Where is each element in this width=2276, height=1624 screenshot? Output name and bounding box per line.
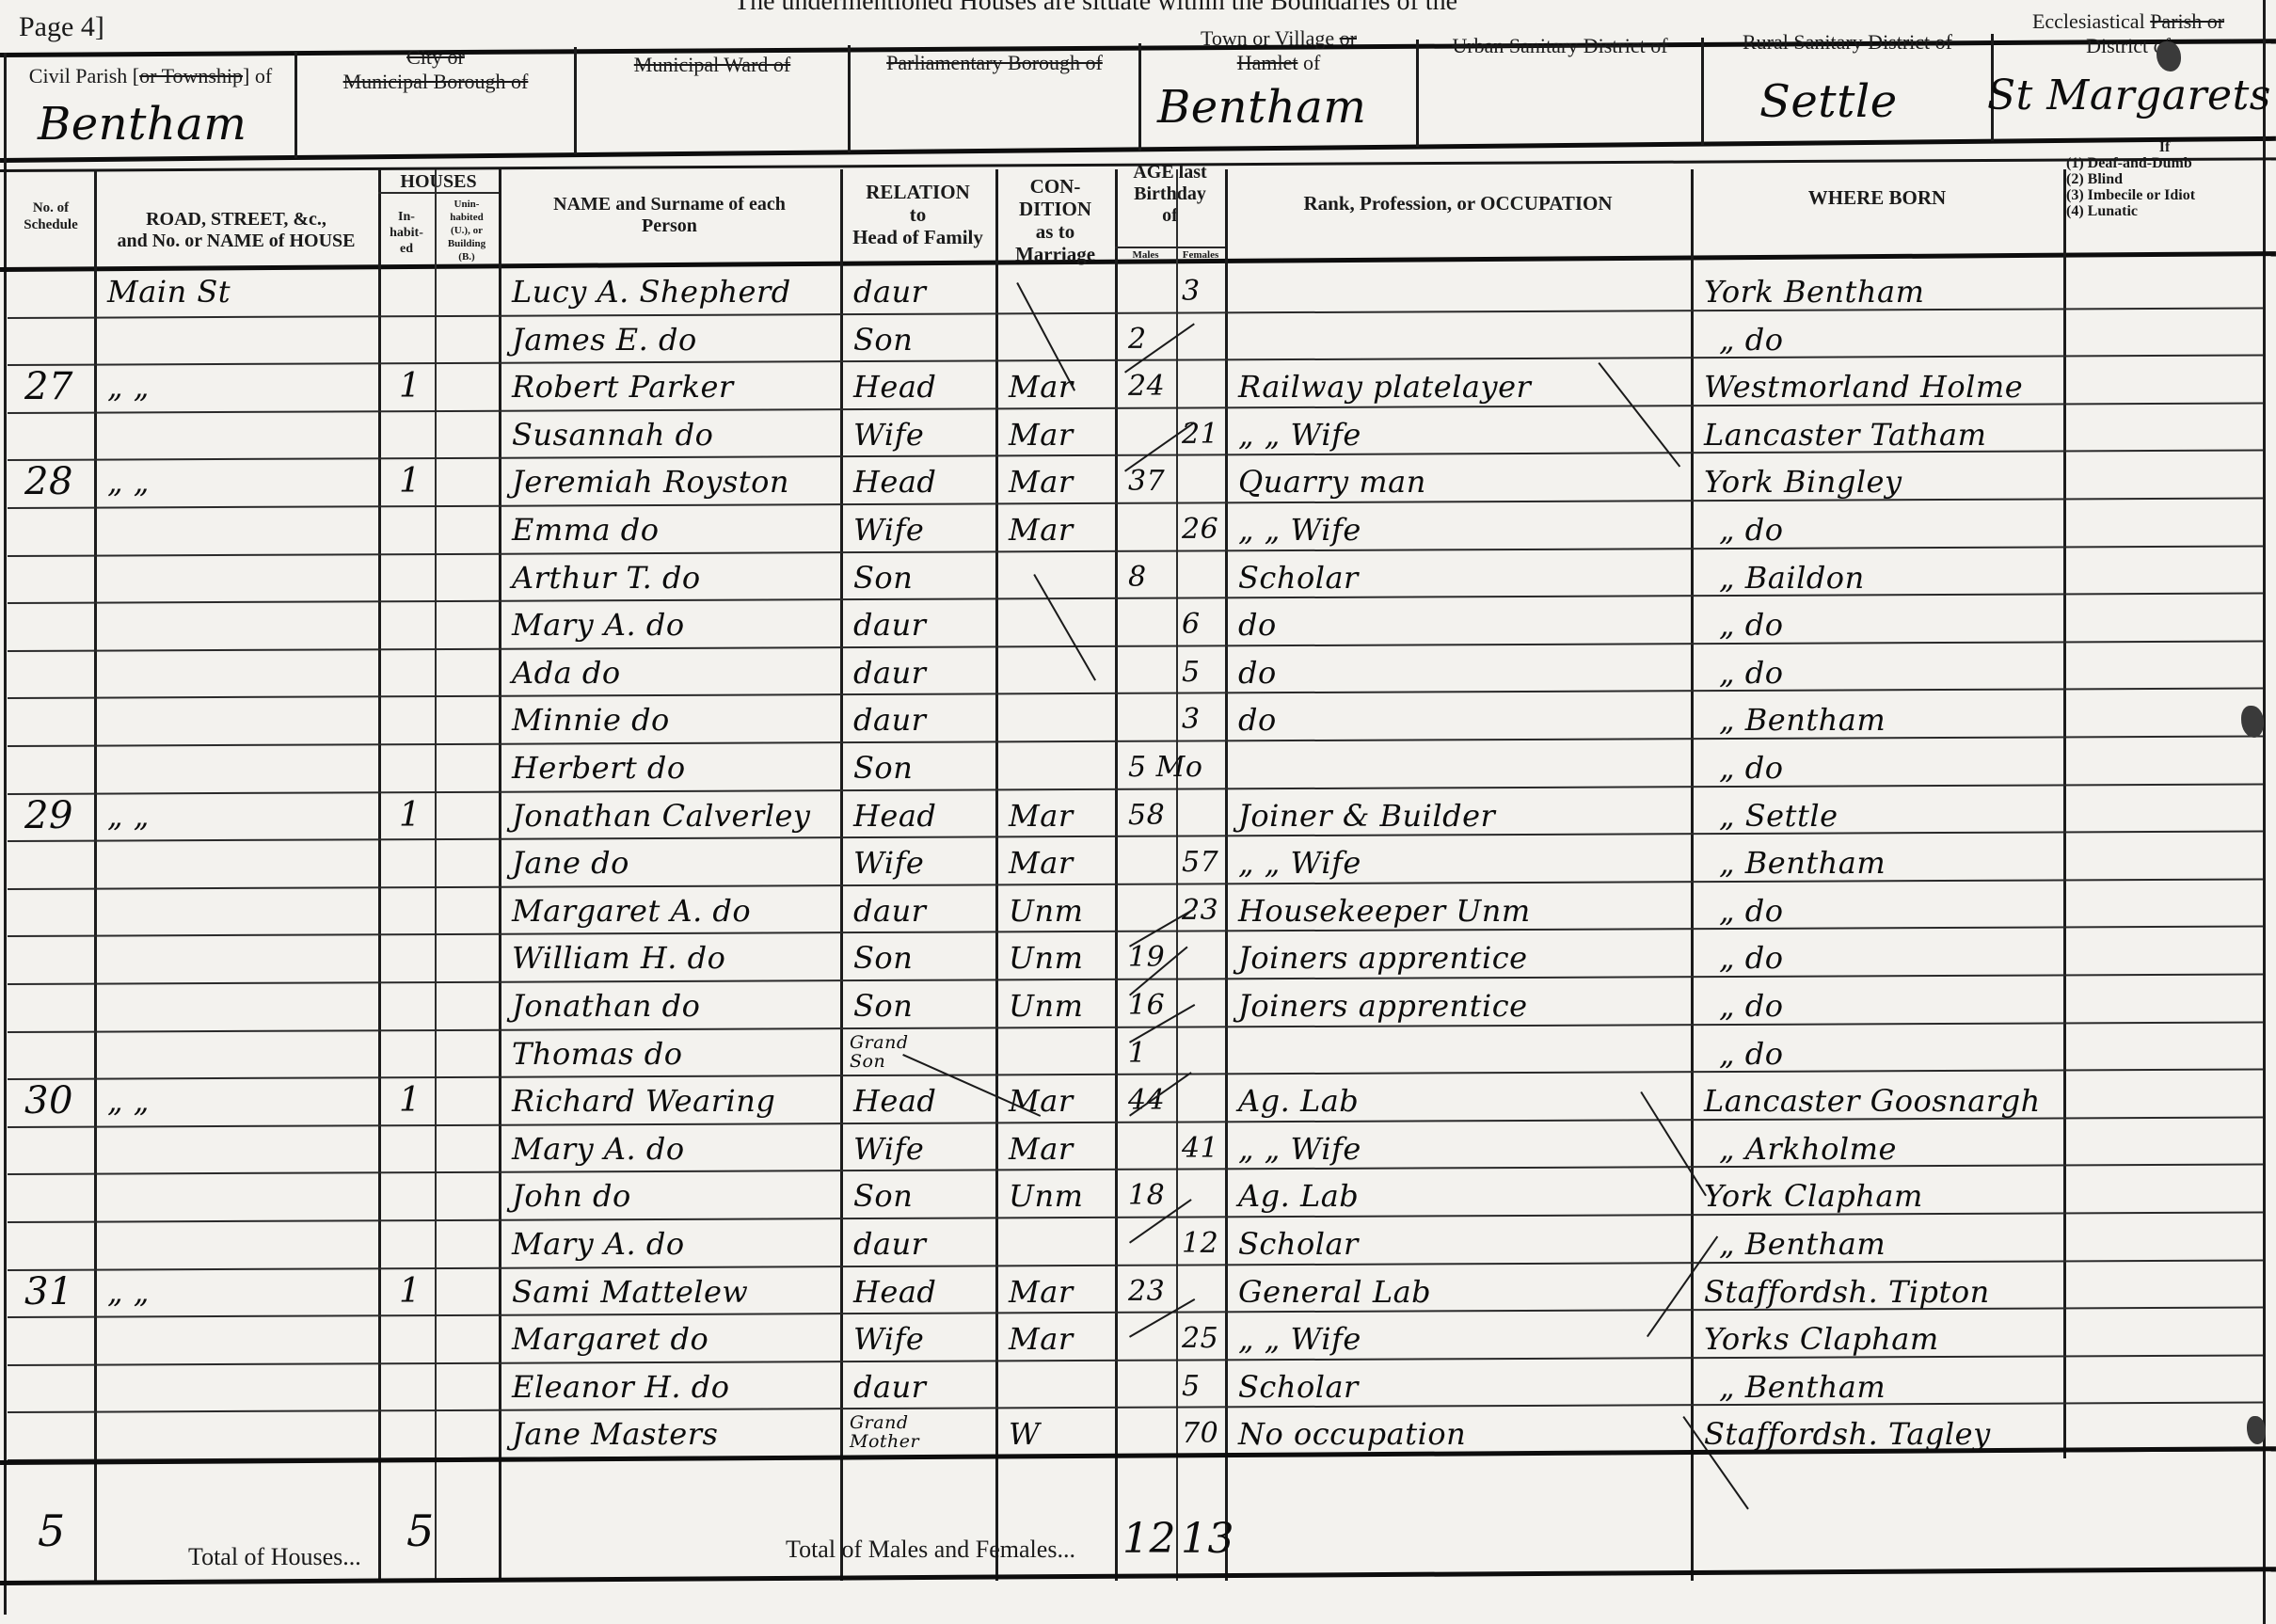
cell-name: John do bbox=[512, 1177, 631, 1215]
cell-where-born: Lancaster Tatham bbox=[1704, 416, 1986, 454]
cell-relation: Head bbox=[853, 1082, 936, 1120]
cell-male-age: 8 bbox=[1128, 559, 1147, 597]
cell-occupation: do bbox=[1238, 606, 1277, 644]
cell-name: Richard Wearing bbox=[512, 1082, 775, 1120]
cell-relation: Son bbox=[853, 1177, 913, 1215]
cell-relation: daur bbox=[853, 654, 926, 692]
cell-schedule: 27 bbox=[24, 368, 73, 406]
cell-name: Ada do bbox=[512, 654, 621, 692]
municipal-ward-label: Municipal Ward of bbox=[577, 53, 848, 77]
cell-name: Susannah do bbox=[512, 416, 713, 454]
table-row: 30„ „1Richard WearingHeadMar44Ag. LabLan… bbox=[0, 1082, 2263, 1130]
cell-occupation: „ „ Wife bbox=[1238, 844, 1361, 882]
cell-name: Herbert do bbox=[512, 749, 686, 787]
table-row: Susannah doWifeMar21„ „ WifeLancaster Ta… bbox=[0, 416, 2263, 464]
top-caption: The undermentioned Houses are situate wi… bbox=[734, 0, 1457, 17]
city-label: City orMunicipal Borough of bbox=[297, 45, 574, 94]
cell-condition: Mar bbox=[1009, 511, 1074, 549]
cell-relation: Wife bbox=[853, 1320, 924, 1358]
table-row: Ada dodaur5do„ do bbox=[0, 654, 2263, 702]
cell-relation: daur bbox=[853, 892, 926, 930]
col-header-relation: RELATIONtoHead of Family bbox=[840, 181, 995, 248]
table-row: 27„ „1Robert ParkerHeadMar24Railway plat… bbox=[0, 368, 2263, 416]
cell-where-born: York Bingley bbox=[1704, 463, 1902, 501]
cell-schedule: 29 bbox=[24, 797, 73, 835]
cell-where-born: „ do bbox=[1719, 654, 1784, 692]
table-row: Main StLucy A. Shepherddaur3York Bentham bbox=[0, 273, 2263, 321]
cell-male-age: 23 bbox=[1128, 1273, 1165, 1311]
table-row: Margaret doWifeMar25„ „ WifeYorks Clapha… bbox=[0, 1320, 2263, 1368]
rural-sanitary-label: Rural Sanitary District of bbox=[1704, 30, 1991, 55]
table-row: Emma doWifeMar26„ „ Wife„ do bbox=[0, 511, 2263, 559]
cell-where-born: „ do bbox=[1719, 892, 1784, 930]
cell-where-born: „ do bbox=[1719, 749, 1784, 787]
col-header-condition: CON-DITIONas toMarriage bbox=[995, 175, 1115, 265]
cell-occupation: Quarry man bbox=[1238, 463, 1426, 501]
cell-where-born: „ do bbox=[1719, 1035, 1784, 1073]
cell-road: Main St bbox=[107, 273, 231, 310]
cell-relation: Son bbox=[853, 321, 913, 358]
cell-condition: W bbox=[1009, 1415, 1040, 1453]
cell-occupation: do bbox=[1238, 701, 1277, 739]
col-header-uninhabited: Unin-habited(U.), orBuilding(B.) bbox=[435, 198, 499, 263]
cell-name: Jonathan do bbox=[512, 987, 700, 1025]
col-header-inhabited: In-habit-ed bbox=[378, 209, 435, 257]
cell-name: James E. do bbox=[512, 321, 697, 358]
cell-name: William H. do bbox=[512, 939, 725, 977]
cell-name: Margaret A. do bbox=[512, 892, 751, 930]
cell-male-age: 44 bbox=[1128, 1082, 1165, 1120]
cell-where-born: „ Baildon bbox=[1719, 559, 1865, 597]
ecclesiastical-value: St Margarets bbox=[1987, 72, 2271, 119]
cell-road: „ „ bbox=[107, 1273, 150, 1311]
col-header-name: NAME and Surname of eachPerson bbox=[499, 194, 840, 237]
cell-occupation: Joiners apprentice bbox=[1238, 939, 1528, 977]
cell-occupation: Joiners apprentice bbox=[1238, 987, 1528, 1025]
col-header-males: Males bbox=[1115, 248, 1176, 262]
cell-occupation: „ „ Wife bbox=[1238, 1320, 1361, 1358]
cell-where-born: „ Bentham bbox=[1719, 1225, 1886, 1263]
col-header-age: AGE lastBirthdayof bbox=[1115, 162, 1225, 227]
cell-relation: Son bbox=[853, 559, 913, 597]
cell-name: Jeremiah Royston bbox=[512, 463, 789, 501]
cell-where-born: Yorks Clapham bbox=[1704, 1320, 1939, 1358]
cell-road: „ „ bbox=[107, 797, 150, 835]
cell-where-born: „ Bentham bbox=[1719, 844, 1886, 882]
cell-relation: Wife bbox=[853, 1130, 924, 1168]
total-males: 12 bbox=[1122, 1515, 1176, 1563]
cell-relation: Head bbox=[853, 797, 936, 835]
cell-relation: daur bbox=[853, 273, 926, 310]
town-village-value: Bentham bbox=[1157, 81, 1366, 134]
table-row: Eleanor H. dodaur5Scholar„ Bentham bbox=[0, 1368, 2263, 1416]
cell-female-age: 3 bbox=[1182, 701, 1201, 739]
cell-where-born: York Bentham bbox=[1704, 273, 1924, 310]
cell-name: Jane do bbox=[512, 844, 629, 882]
col-header-houses: HOUSES bbox=[378, 171, 499, 193]
cell-female-age: 5 bbox=[1182, 654, 1201, 692]
ink-blot bbox=[2241, 706, 2264, 738]
cell-where-born: „ do bbox=[1719, 939, 1784, 977]
cell-relation: Grand Mother bbox=[850, 1413, 915, 1451]
cell-occupation: Scholar bbox=[1238, 559, 1359, 597]
table-row: Arthur T. doSon8Scholar„ Baildon bbox=[0, 559, 2263, 607]
cell-condition: Mar bbox=[1009, 1273, 1074, 1311]
cell-relation: daur bbox=[853, 606, 926, 644]
cell-name: Robert Parker bbox=[512, 368, 734, 406]
cell-name: Margaret do bbox=[512, 1320, 708, 1358]
cell-female-age: 70 bbox=[1182, 1415, 1218, 1453]
census-page: { "page_label": "Page 4]", "top_caption"… bbox=[0, 0, 2276, 1624]
cell-inhabited: 1 bbox=[399, 1082, 421, 1120]
cell-occupation: „ „ Wife bbox=[1238, 511, 1361, 549]
cell-inhabited: 1 bbox=[399, 463, 421, 501]
table-row: Mary A. doWifeMar41„ „ Wife„ Arkholme bbox=[0, 1130, 2263, 1178]
cell-where-born: „ Settle bbox=[1719, 797, 1838, 835]
urban-sanitary-label: Urban Sanitary District of bbox=[1419, 34, 1701, 58]
cell-name: Jane Masters bbox=[512, 1415, 718, 1453]
cell-occupation: do bbox=[1238, 654, 1277, 692]
cell-condition: Unm bbox=[1009, 939, 1083, 977]
cell-road: „ „ bbox=[107, 463, 150, 501]
rule bbox=[378, 192, 499, 194]
table-row: Margaret A. dodaurUnm23Housekeeper Unm„ … bbox=[0, 892, 2263, 940]
cell-occupation: Scholar bbox=[1238, 1368, 1359, 1406]
cell-condition: Mar bbox=[1009, 463, 1074, 501]
cell-female-age: 57 bbox=[1182, 844, 1218, 882]
table-row: Mary A. dodaur6do„ do bbox=[0, 606, 2263, 654]
cell-where-born: „ Bentham bbox=[1719, 1368, 1886, 1406]
table-row: 28„ „1Jeremiah RoystonHeadMar37Quarry ma… bbox=[0, 463, 2263, 511]
cell-name: Mary A. do bbox=[512, 1225, 685, 1263]
col-header-females: Females bbox=[1176, 248, 1225, 262]
cell-female-age: 25 bbox=[1182, 1320, 1218, 1358]
table-row: Herbert doSon5 Mo„ do bbox=[0, 749, 2263, 797]
cell-inhabited: 1 bbox=[399, 1273, 421, 1311]
rule bbox=[1115, 247, 1225, 248]
cell-where-born: „ do bbox=[1719, 511, 1784, 549]
cell-where-born: „ do bbox=[1719, 987, 1784, 1025]
cell-name: Lucy A. Shepherd bbox=[512, 273, 791, 310]
cell-relation: Grand Son bbox=[850, 1033, 915, 1071]
cell-name: Thomas do bbox=[512, 1035, 682, 1073]
cell-female-age: 12 bbox=[1182, 1225, 1218, 1263]
total-houses-count: 5 bbox=[406, 1505, 435, 1556]
cell-female-age: 3 bbox=[1182, 273, 1201, 310]
cell-where-born: „ Arkholme bbox=[1719, 1130, 1897, 1168]
cell-relation: daur bbox=[853, 1225, 926, 1263]
cell-condition: Mar bbox=[1009, 416, 1074, 454]
total-houses-label: Total of Houses... bbox=[188, 1543, 361, 1571]
cell-occupation: No occupation bbox=[1238, 1415, 1466, 1453]
cell-schedule: 30 bbox=[24, 1082, 73, 1120]
right-border bbox=[2263, 0, 2266, 1624]
cell-relation: Son bbox=[853, 939, 913, 977]
civil-parish-value: Bentham bbox=[38, 98, 247, 151]
col-header-road: ROAD, STREET, &c.,and No. or NAME of HOU… bbox=[94, 209, 378, 252]
cell-female-age: 6 bbox=[1182, 606, 1201, 644]
cell-relation: Head bbox=[853, 463, 936, 501]
cell-condition: Unm bbox=[1009, 987, 1083, 1025]
cell-male-age: 24 bbox=[1128, 368, 1165, 406]
cell-inhabited: 1 bbox=[399, 368, 421, 406]
town-village-label: Town or Village or Hamlet of bbox=[1141, 26, 1416, 75]
cell-where-born: Westmorland Holme bbox=[1704, 368, 2023, 406]
cell-female-age: 21 bbox=[1182, 416, 1218, 454]
parliamentary-borough-label: Parliamentary Borough of bbox=[851, 51, 1138, 75]
cell-where-born: York Clapham bbox=[1704, 1177, 1923, 1215]
cell-male-age: 37 bbox=[1128, 463, 1165, 501]
cell-condition: Mar bbox=[1009, 1320, 1074, 1358]
total-females: 13 bbox=[1181, 1515, 1234, 1563]
col-header-where-born: WHERE BORN bbox=[1691, 186, 2063, 209]
ink-blot bbox=[2157, 41, 2181, 72]
cell-relation: Wife bbox=[853, 511, 924, 549]
cell-occupation: Joiner & Builder bbox=[1238, 797, 1495, 835]
cell-condition: Mar bbox=[1009, 1130, 1074, 1168]
cell-relation: Son bbox=[853, 987, 913, 1025]
col-header-infirmity: If(1) Deaf-and-Dumb(2) Blind(3) Imbecile… bbox=[2066, 139, 2263, 219]
cell-inhabited: 1 bbox=[399, 797, 421, 835]
total-schedules: 5 bbox=[38, 1505, 66, 1556]
cell-occupation: General Lab bbox=[1238, 1273, 1431, 1311]
cell-name: Minnie do bbox=[512, 701, 670, 739]
ink-blot bbox=[2247, 1416, 2266, 1444]
cell-where-born: „ Bentham bbox=[1719, 701, 1886, 739]
cell-road: „ „ bbox=[107, 368, 150, 406]
page-label: Page 4] bbox=[19, 11, 104, 43]
cell-male-age: 58 bbox=[1128, 797, 1165, 835]
cell-name: Mary A. do bbox=[512, 1130, 685, 1168]
cell-road: „ „ bbox=[107, 1082, 150, 1120]
cell-relation: Head bbox=[853, 368, 936, 406]
col-header-occupation: Rank, Profession, or OCCUPATION bbox=[1225, 192, 1691, 215]
cell-male-age: 5 Mo bbox=[1128, 749, 1202, 787]
cell-where-born: „ do bbox=[1719, 606, 1784, 644]
cell-occupation: Scholar bbox=[1238, 1225, 1359, 1263]
cell-relation: Wife bbox=[853, 844, 924, 882]
cell-relation: Son bbox=[853, 749, 913, 787]
table-row: Jane doWifeMar57„ „ Wife„ Bentham bbox=[0, 844, 2263, 892]
cell-condition: Unm bbox=[1009, 892, 1083, 930]
cell-where-born: Lancaster Goosnargh bbox=[1704, 1082, 2041, 1120]
cell-schedule: 31 bbox=[24, 1273, 73, 1311]
cell-name: Sami Mattelew bbox=[512, 1273, 748, 1311]
table-row: James E. doSon2„ do bbox=[0, 321, 2263, 369]
cell-where-born: Staffordsh. Tipton bbox=[1704, 1273, 1990, 1311]
cell-occupation: Housekeeper Unm bbox=[1238, 892, 1531, 930]
table-row: William H. doSonUnm19Joiners apprentice„… bbox=[0, 939, 2263, 987]
table-row: 31„ „1Sami MattelewHeadMar23General LabS… bbox=[0, 1273, 2263, 1321]
cell-schedule: 28 bbox=[24, 463, 73, 501]
col-header-schedule: No. ofSchedule bbox=[8, 199, 94, 233]
table-row: 29„ „1Jonathan CalverleyHeadMar58Joiner … bbox=[0, 797, 2263, 845]
cell-where-born: „ do bbox=[1719, 321, 1784, 358]
cell-name: Mary A. do bbox=[512, 606, 685, 644]
cell-occupation: „ „ Wife bbox=[1238, 1130, 1361, 1168]
cell-relation: daur bbox=[853, 701, 926, 739]
rural-sanitary-value: Settle bbox=[1759, 75, 1898, 128]
cell-relation: Wife bbox=[853, 416, 924, 454]
cell-occupation: Ag. Lab bbox=[1238, 1177, 1359, 1215]
cell-condition: Mar bbox=[1009, 844, 1074, 882]
cell-relation: Head bbox=[853, 1273, 936, 1311]
total-persons-label: Total of Males and Females... bbox=[786, 1536, 1075, 1564]
cell-female-age: 26 bbox=[1182, 511, 1218, 549]
table-row: Mary A. dodaur12Scholar„ Bentham bbox=[0, 1225, 2263, 1273]
cell-female-age: 5 bbox=[1182, 1368, 1201, 1406]
cell-female-age: 41 bbox=[1182, 1130, 1218, 1168]
cell-occupation: Railway platelayer bbox=[1238, 368, 1531, 406]
cell-name: Eleanor H. do bbox=[512, 1368, 729, 1406]
cell-condition: Mar bbox=[1009, 368, 1074, 406]
cell-name: Arthur T. do bbox=[512, 559, 701, 597]
cell-occupation: Ag. Lab bbox=[1238, 1082, 1359, 1120]
table-row: Minnie dodaur3do„ Bentham bbox=[0, 701, 2263, 749]
cell-male-age: 2 bbox=[1128, 321, 1147, 358]
civil-parish-label: Civil Parish [or Township] of bbox=[9, 64, 292, 88]
cell-male-age: 18 bbox=[1128, 1177, 1165, 1215]
cell-name: Emma do bbox=[512, 511, 660, 549]
table-row: John doSonUnm18Ag. LabYork Clapham bbox=[0, 1177, 2263, 1225]
cell-relation: daur bbox=[853, 1368, 926, 1406]
cell-name: Jonathan Calverley bbox=[512, 797, 810, 835]
ecclesiastical-label: Ecclesiastical Parish or District of bbox=[1994, 9, 2263, 58]
cell-occupation: „ „ Wife bbox=[1238, 416, 1361, 454]
cell-condition: Mar bbox=[1009, 797, 1074, 835]
cell-condition: Unm bbox=[1009, 1177, 1083, 1215]
